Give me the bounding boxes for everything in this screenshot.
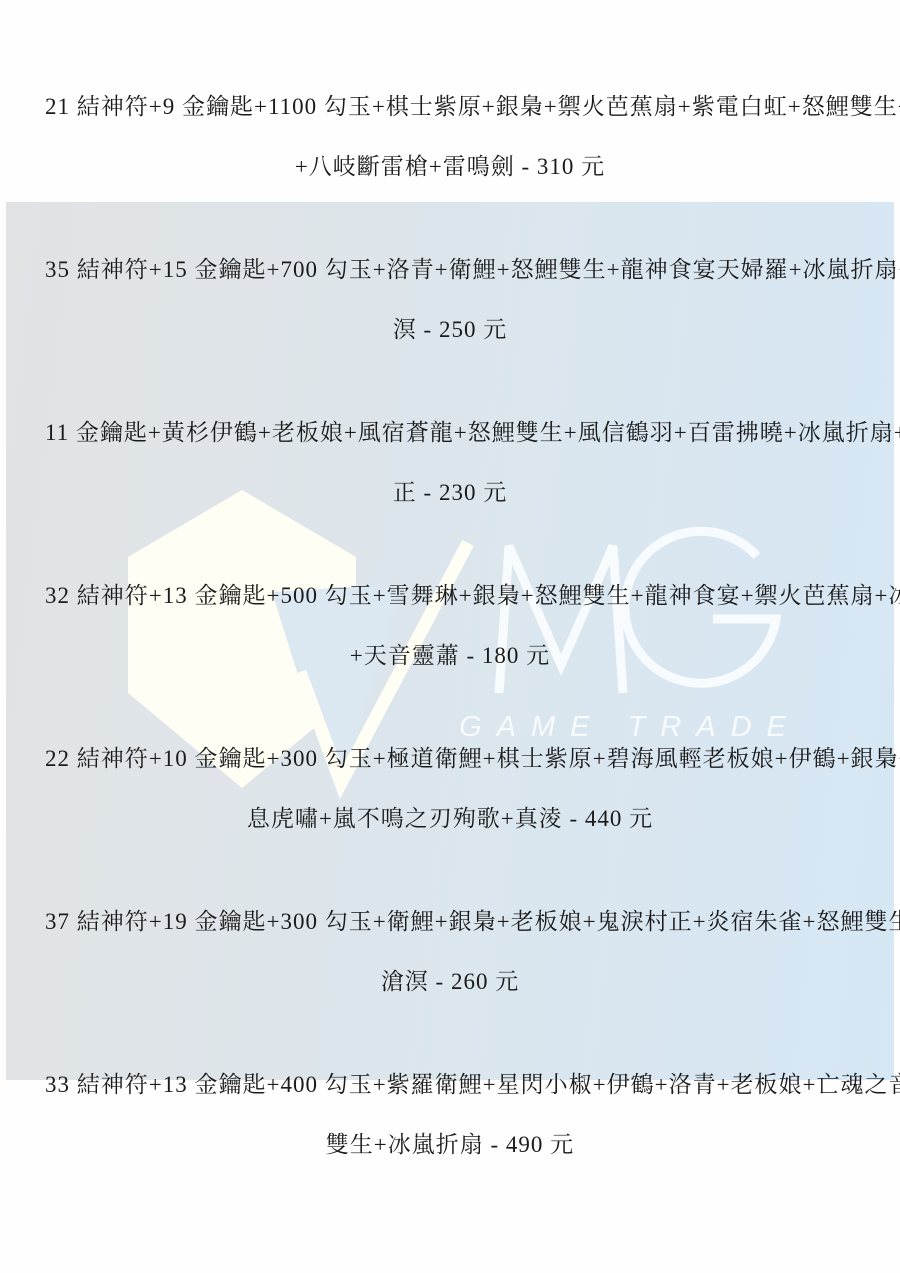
listing-block: 21 結神符+9 金鑰匙+1100 勾玉+棋士紫原+銀梟+禦火芭蕉扇+紫電白虹+… (45, 77, 855, 197)
listing-line: 息虎嘯+嵐不鳴之刃殉歌+真淩 - 440 元 (45, 789, 855, 849)
listing-block: 35 結神符+15 金鑰匙+700 勾玉+洛青+衛鯉+怒鯉雙生+龍神食宴天婦羅+… (45, 240, 855, 360)
listing-line: 21 結神符+9 金鑰匙+1100 勾玉+棋士紫原+銀梟+禦火芭蕉扇+紫電白虹+… (45, 77, 855, 137)
listing-block: 37 結神符+19 金鑰匙+300 勾玉+衛鯉+銀梟+老板娘+鬼淚村正+炎宿朱雀… (45, 892, 855, 1012)
listing-line: +八岐斷雷槍+雷鳴劍 - 310 元 (45, 137, 855, 197)
listing-line: 滄溟 - 260 元 (45, 952, 855, 1012)
listing-block: 32 結神符+13 金鑰匙+500 勾玉+雪舞琳+銀梟+怒鯉雙生+龍神食宴+禦火… (45, 566, 855, 686)
listing-line: 33 結神符+13 金鑰匙+400 勾玉+紫羅衛鯉+星閃小椒+伊鶴+洛青+老板娘… (45, 1055, 855, 1115)
listing-line: 正 - 230 元 (45, 463, 855, 523)
listing-line: 11 金鑰匙+黃杉伊鶴+老板娘+風宿蒼龍+怒鯉雙生+風信鶴羽+百雷拂曉+冰嵐折扇… (45, 403, 855, 463)
listing-block: 22 結神符+10 金鑰匙+300 勾玉+極道衛鯉+棋士紫原+碧海風輕老板娘+伊… (45, 729, 855, 849)
listing-line: 溟 - 250 元 (45, 300, 855, 360)
listing-line: 22 結神符+10 金鑰匙+300 勾玉+極道衛鯉+棋士紫原+碧海風輕老板娘+伊… (45, 729, 855, 789)
listing-line: 37 結神符+19 金鑰匙+300 勾玉+衛鯉+銀梟+老板娘+鬼淚村正+炎宿朱雀… (45, 892, 855, 952)
listing-line: 雙生+冰嵐折扇 - 490 元 (45, 1115, 855, 1175)
listing-line: 32 結神符+13 金鑰匙+500 勾玉+雪舞琳+銀梟+怒鯉雙生+龍神食宴+禦火… (45, 566, 855, 626)
price-list-page: GAME TRADE 21 結神符+9 金鑰匙+1100 勾玉+棋士紫原+銀梟+… (0, 0, 900, 1273)
listing-line: 35 結神符+15 金鑰匙+700 勾玉+洛青+衛鯉+怒鯉雙生+龍神食宴天婦羅+… (45, 240, 855, 300)
listing-block: 33 結神符+13 金鑰匙+400 勾玉+紫羅衛鯉+星閃小椒+伊鶴+洛青+老板娘… (45, 1055, 855, 1175)
listing-line: +天音靈蕭 - 180 元 (45, 626, 855, 686)
listing-block: 11 金鑰匙+黃杉伊鶴+老板娘+風宿蒼龍+怒鯉雙生+風信鶴羽+百雷拂曉+冰嵐折扇… (45, 403, 855, 523)
listings: 21 結神符+9 金鑰匙+1100 勾玉+棋士紫原+銀梟+禦火芭蕉扇+紫電白虹+… (45, 77, 855, 1218)
